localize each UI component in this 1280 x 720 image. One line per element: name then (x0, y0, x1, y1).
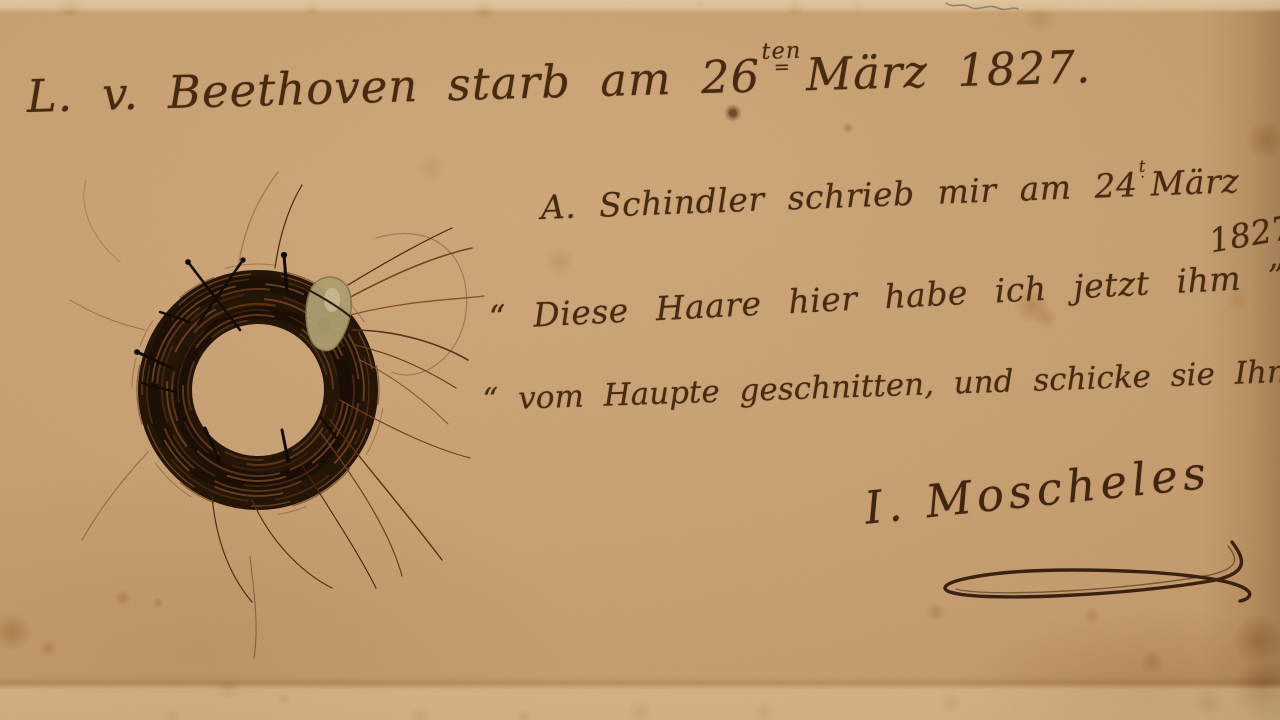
signature-flourish (945, 542, 1250, 601)
line1-text-end: März 1827. (805, 40, 1092, 101)
manuscript-photo: L. v. Beethoven starb am 26ten=März 1827… (0, 0, 1280, 720)
line2-text-end: März (1150, 161, 1240, 203)
hair-strays (212, 185, 484, 602)
line1-text: L. v. Beethoven starb am 26 (26, 50, 761, 123)
pencil-inscription-fragment (946, 3, 1018, 9)
inscription-line-3: “ Diese Haare hier habe ich jetzt ihm ” (488, 256, 1280, 337)
inscription-line-1: L. v. Beethoven starb am 26ten=März 1827… (26, 40, 1092, 123)
inscription-line-4: “ vom Haupte geschnitten, und schicke si… (482, 351, 1280, 418)
inscription-line-2-carryover: 1827 (1206, 207, 1280, 260)
thread-stitches (135, 252, 336, 462)
signature: I. Moscheles (862, 446, 1213, 535)
line2-superscript: t· (1139, 161, 1147, 184)
line2-text: A. Schindler schrieb mir am 24 (540, 165, 1138, 227)
stray-hair-arcs (70, 172, 467, 658)
seal-remnant (305, 277, 352, 351)
hair-lock (87, 219, 429, 561)
line1-superscript: ten= (761, 43, 802, 75)
inscription-line-2: A. Schindler schrieb mir am 24t·März (540, 161, 1240, 227)
